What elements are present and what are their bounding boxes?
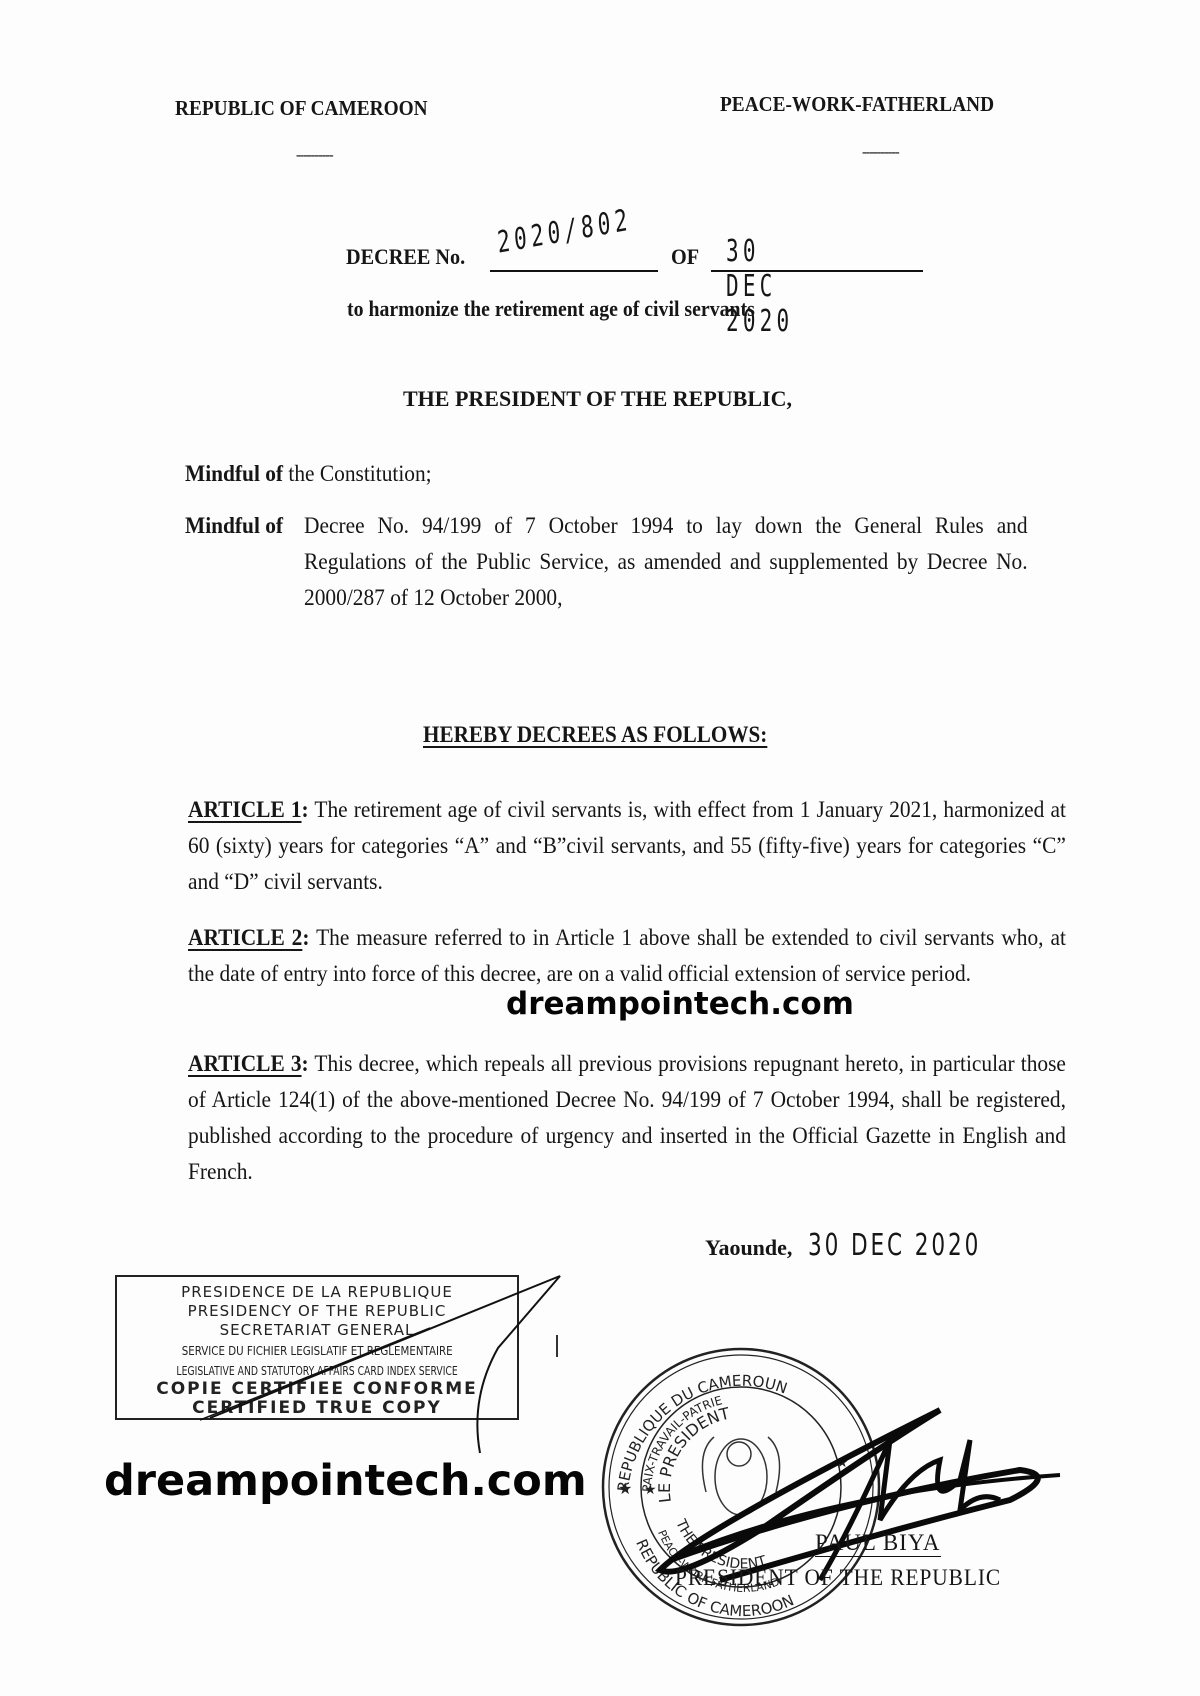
signing-place: Yaounde, (705, 1235, 792, 1260)
article-label: ARTICLE 2 (188, 925, 302, 950)
mark-tick (556, 1335, 558, 1357)
signing-date: 30 DEC 2020 (808, 1228, 981, 1263)
article-1: ARTICLE 1: The retirement age of civil s… (188, 792, 1066, 900)
article-text: The retirement age of civil servants is,… (188, 797, 1066, 894)
article-text: This decree, which repeals all previous … (188, 1051, 1066, 1184)
mindful-item-2: Mindful of Decree No. 94/199 of 7 Octobe… (185, 508, 1028, 616)
decree-number-underline (490, 270, 658, 272)
article-2: ARTICLE 2: The measure referred to in Ar… (188, 920, 1066, 992)
mindful-item-1: Mindful of the Constitution; (185, 456, 1028, 492)
mindful-label: Mindful of (185, 508, 283, 544)
initials-scribble-icon (190, 1268, 570, 1458)
preamble-title: THE PRESIDENT OF THE REPUBLIC, (403, 386, 792, 412)
article-label: ARTICLE 1 (188, 797, 302, 822)
article-label: ARTICLE 3 (188, 1051, 302, 1076)
header-separator-left: ---------- (296, 148, 333, 164)
article-text: The measure referred to in Article 1 abo… (188, 925, 1066, 986)
mindful-text: Decree No. 94/199 of 7 October 1994 to l… (304, 508, 1028, 616)
signatory-name: PAUL BIYA (815, 1530, 941, 1557)
article-3: ARTICLE 3: This decree, which repeals al… (188, 1046, 1066, 1190)
watermark-text: dreampointech.com (104, 1456, 587, 1506)
watermark-text: dreampointech.com (506, 986, 854, 1022)
decree-number: 2020/802 (496, 203, 633, 261)
header-separator-right: ---------- (862, 145, 899, 161)
header-country: REPUBLIC OF CAMEROON (175, 96, 428, 121)
mindful-text: the Constitution; (288, 461, 431, 486)
decree-subtitle: to harmonize the retirement age of civil… (347, 296, 755, 322)
signatory-title: PRESIDENT OF THE REPUBLIC (675, 1565, 1001, 1591)
decree-date: 30 DEC 2020 (726, 234, 793, 339)
signing-place-date: Yaounde, 30 DEC 2020 (705, 1228, 1049, 1263)
svg-text:★: ★ (618, 1481, 632, 1498)
mindful-label: Mindful of (185, 461, 283, 486)
decree-of-label: OF (671, 244, 699, 270)
decrees-heading: HEREBY DECREES AS FOLLOWS: (423, 722, 767, 748)
decree-label: DECREE No. (346, 244, 465, 270)
header-motto: PEACE-WORK-FATHERLAND (720, 92, 994, 117)
